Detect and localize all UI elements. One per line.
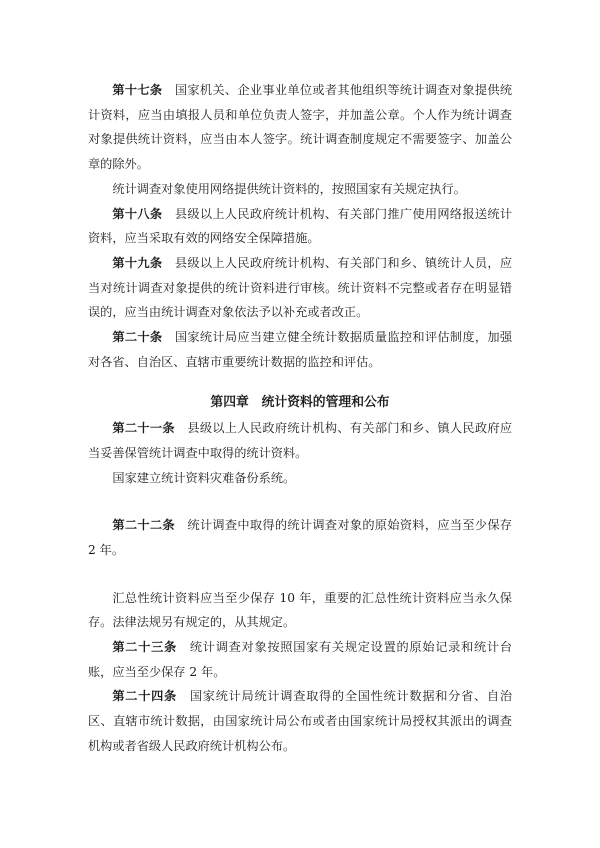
para-article-21: 第二十一条 县级以上人民政府统计机构、有关部门和乡、镇人民政府应当妥善保管统计调… [88, 416, 512, 465]
document-page: 第十七条 国家机关、企业事业单位或者其他组织等统计调查对象提供统计资料，应当由填… [0, 0, 600, 848]
para-article-22: 第二十二条 统计调查中取得的统计调查对象的原始资料，应当至少保存 2 年。 [88, 513, 512, 562]
para-article-19: 第十九条 县级以上人民政府统计机构、有关部门和乡、镇统计人员，应当对统计调查对象… [88, 251, 512, 325]
article-17-number: 第十七条 [112, 83, 162, 97]
article-21-number: 第二十一条 [112, 421, 175, 435]
article-24-number: 第二十四条 [112, 689, 177, 703]
article-22-cont-text: 汇总性统计资料应当至少保存 10 年，重要的汇总性统计资料应当永久保存。法律法规… [88, 591, 512, 630]
article-19-number: 第十九条 [112, 256, 162, 270]
article-22-number: 第二十二条 [112, 518, 175, 532]
article-17-cont-text: 统计调查对象使用网络提供统计资料的，按照国家有关规定执行。 [112, 182, 465, 196]
article-18-number: 第十八条 [112, 207, 162, 221]
article-21-cont-text: 国家建立统计资料灾难备份系统。 [112, 471, 295, 485]
para-article-20: 第二十条 国家统计局应当建立健全统计数据质量监控和评估制度，加强对各省、自治区、… [88, 325, 512, 374]
chapter-4-heading: 第四章 统计资料的管理和公布 [88, 391, 512, 416]
para-article-22-cont: 汇总性统计资料应当至少保存 10 年，重要的汇总性统计资料应当永久保存。法律法规… [88, 586, 512, 635]
para-article-24: 第二十四条 国家统计局统计调查取得的全国性统计数据和分省、自治区、直辖市统计数据… [88, 684, 512, 758]
article-23-number: 第二十三条 [112, 640, 177, 654]
article-20-number: 第二十条 [112, 330, 162, 344]
para-article-17-cont: 统计调查对象使用网络提供统计资料的，按照国家有关规定执行。 [88, 177, 512, 202]
para-article-18: 第十八条 县级以上人民政府统计机构、有关部门推广使用网络报送统计资料，应当采取有… [88, 202, 512, 251]
para-article-21-cont: 国家建立统计资料灾难备份系统。 [88, 466, 512, 491]
para-article-17: 第十七条 国家机关、企业事业单位或者其他组织等统计调查对象提供统计资料，应当由填… [88, 78, 512, 177]
para-article-23: 第二十三条 统计调查对象按照国家有关规定设置的原始记录和统计台账，应当至少保存 … [88, 635, 512, 684]
